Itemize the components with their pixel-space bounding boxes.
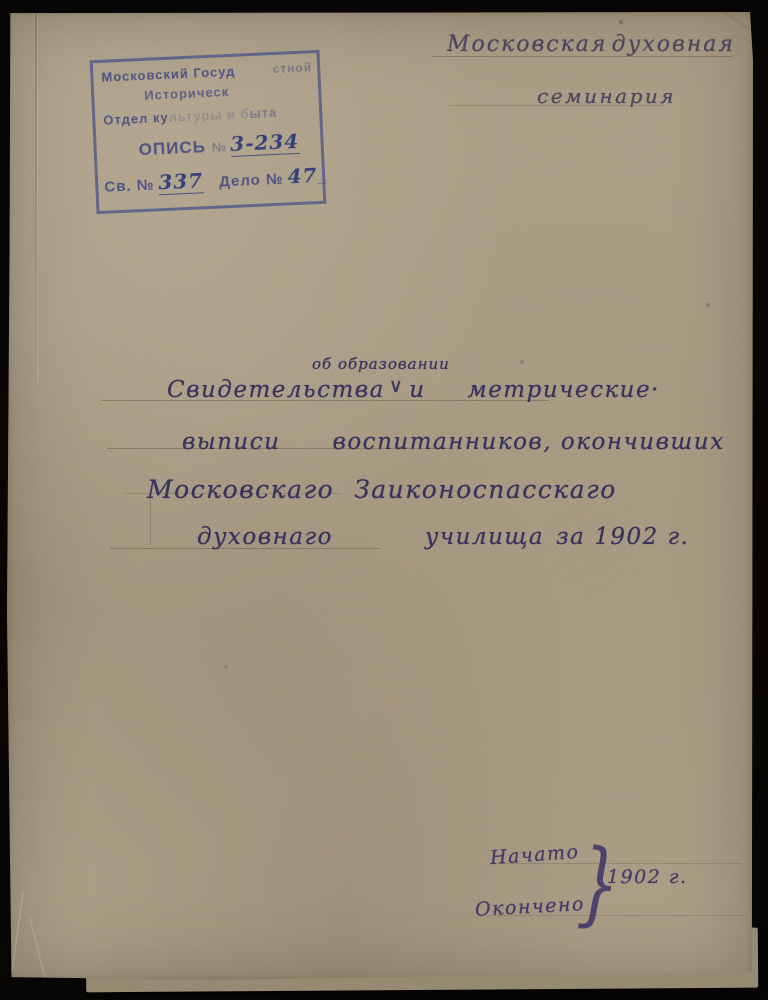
finished-label: Окончено [474,893,585,921]
stamp-organization-line1: Московский Госуд [101,64,236,85]
stamp-organization-line1-fragment: стной [272,60,312,76]
delo-number: 47 [287,163,318,188]
title-word-zaikonospasskago: Заиконоспасскаго [354,475,617,504]
title-interlinear-annotation: об образовании [312,355,450,373]
title-word-moskovskago: Московскаго [147,475,334,504]
archive-stamp: Московский Госуд стной Историческ Отдел … [90,50,327,214]
file-cover-paper: Московский Госуд стной Историческ Отдел … [7,12,753,980]
stamp-organization-line2: Историческ [144,84,230,103]
sv-label: Св. № [104,176,155,195]
opis-number: 3-234 [230,129,300,157]
corner-fold-crease [656,0,749,29]
numero-sign: № [212,139,227,155]
title-word-vypisi: выписи [182,429,280,455]
delo-label: Дело № [219,171,284,191]
insertion-caret-mark: ∨ [389,375,404,397]
year-value: 1902 г. [607,866,688,888]
stamp-sv-delo-row: Св. №337Дело №47_ [104,163,328,197]
stamp-department-line: Отдел культуры и быта [103,105,278,128]
stamp-opis-row: ОПИСЬ№3-234 [138,129,300,160]
title-word-i: и [409,377,425,403]
title-word-vospitannikov: воспитанников, окончивших [332,429,724,455]
title-line3: МосковскагоЗаиконоспасскаго [147,475,617,504]
trailing-underscore: _ [317,169,327,186]
header-word-moskovskaya: Московская [447,32,607,57]
scanned-document: Московский Госуд стной Историческ Отдел … [0,0,768,1000]
started-label: Начато [489,841,580,869]
title-line1: Свидетельства∨иметрические· [167,377,660,403]
opis-label: ОПИСЬ [138,137,206,159]
crease-line [35,14,37,384]
wrinkle-crease [11,892,23,971]
title-year-phrase: за 1902 г. [556,524,689,550]
title-word-svidetelstva: Свидетельства [167,377,385,403]
title-line4: духовнагоучилищаза 1902 г. [197,524,689,550]
wrinkle-crease [30,918,46,978]
title-line2: выписивоспитанников, окончивших [182,429,725,455]
header-institution-line2: семинария [537,84,676,108]
header-word-dukhovnaya: духовная [612,32,735,57]
title-word-dukhovnago: духовнаго [197,524,333,550]
header-institution-line1: Московская духовная [447,32,735,57]
sv-number: 337 [158,168,204,195]
title-word-uchilishcha: училища [425,524,544,550]
title-word-metricheskie: метрические· [468,377,660,403]
